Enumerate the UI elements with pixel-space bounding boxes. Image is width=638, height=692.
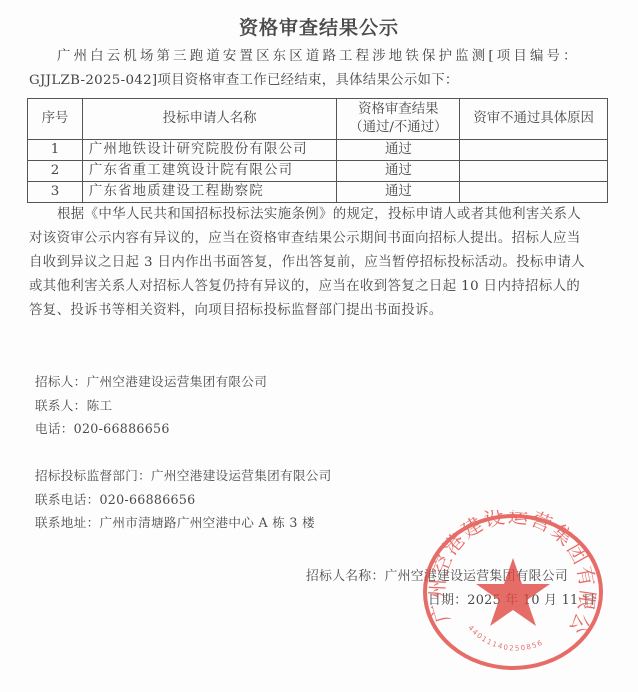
intro-line-2: GJJLZB-2025-042]项目资格审查工作已经结束，具体结果公示如下： [29, 69, 607, 93]
supervision-phone: 联系电话：020-66886656 [35, 488, 332, 512]
row-reason [460, 161, 608, 182]
body-line: 根据《中华人民共和国招标投标法实施条例》的规定，投标申请人或者其他利害关系人 [29, 203, 607, 227]
seal-code: 44011140250856 [466, 624, 544, 653]
intro-line-1: 广州白云机场第三跑道安置区东区道路工程涉地铁保护监测[项目编号： [29, 45, 607, 69]
document-title: 资格审查结果公示 [0, 13, 638, 40]
row-result: 通过 [337, 140, 460, 161]
tenderer-contact-person: 联系人：陈工 [35, 394, 267, 418]
table-header-row: 序号 投标申请人名称 资格审查结果 （通过/不通过） 资审不通过具体原因 [28, 99, 608, 140]
row-result: 通过 [337, 182, 460, 203]
header-result-line-1: 资格审查结果 [337, 101, 459, 119]
table-row: 1 广州地铁设计研究院股份有限公司 通过 [28, 140, 608, 161]
header-no: 序号 [28, 99, 83, 140]
row-applicant: 广东省重工建筑设计院有限公司 [82, 161, 337, 182]
table-row: 3 广东省地质建设工程勘察院 通过 [28, 182, 608, 203]
header-result: 资格审查结果 （通过/不通过） [337, 99, 460, 140]
signature-name: 招标人名称：广州空港建设运营集团有限公司 [306, 565, 596, 589]
results-table: 序号 投标申请人名称 资格审查结果 （通过/不通过） 资审不通过具体原因 1 广… [27, 98, 608, 203]
header-applicant: 投标申请人名称 [82, 99, 337, 140]
tenderer-phone: 电话：020-66886656 [35, 417, 267, 441]
intro-paragraph: 广州白云机场第三跑道安置区东区道路工程涉地铁保护监测[项目编号： GJJLZB-… [29, 45, 607, 93]
objection-paragraph: 根据《中华人民共和国招标投标法实施条例》的规定，投标申请人或者其他利害关系人 对… [29, 203, 607, 323]
document-page: 资格审查结果公示 广州白云机场第三跑道安置区东区道路工程涉地铁保护监测[项目编号… [0, 0, 638, 692]
body-line: 自收到异议之日起 3 日内作出书面答复，作出答复前，应当暂停招标投标活动。投标申… [29, 251, 607, 275]
row-no: 1 [28, 140, 83, 161]
row-reason [460, 182, 608, 203]
signature-date: 日期：2025 年 10 月 11 日 [306, 589, 596, 613]
svg-text:44011140250856: 44011140250856 [466, 624, 544, 653]
row-reason [460, 140, 608, 161]
row-no: 3 [28, 182, 83, 203]
supervision-contact-block: 招标投标监督部门：广州空港建设运营集团有限公司 联系电话：020-6688665… [35, 464, 332, 535]
body-line: 答复、投诉书等相关资料，向项目招标投标监督部门提出书面投诉。 [29, 299, 607, 323]
table-row: 2 广东省重工建筑设计院有限公司 通过 [28, 161, 608, 182]
row-no: 2 [28, 161, 83, 182]
body-line: 或其他利害关系人对招标人答复仍持有异议的，应当在收到答复之日起 10 日内持招标… [29, 275, 607, 299]
row-applicant: 广东省地质建设工程勘察院 [82, 182, 337, 203]
header-result-line-2: （通过/不通过） [337, 119, 459, 137]
row-applicant: 广州地铁设计研究院股份有限公司 [82, 140, 337, 161]
row-result: 通过 [337, 161, 460, 182]
body-line: 对该资审公示内容有异议的，应当在资格审查结果公示期间书面向招标人提出。招标人应当 [29, 227, 607, 251]
supervision-address: 联系地址：广州市清塘路广州空港中心 A 栋 3 楼 [35, 511, 332, 535]
tenderer-name: 招标人：广州空港建设运营集团有限公司 [35, 370, 267, 394]
supervision-dept: 招标投标监督部门：广州空港建设运营集团有限公司 [35, 464, 332, 488]
signature-block: 招标人名称：广州空港建设运营集团有限公司 日期：2025 年 10 月 11 日 [306, 565, 596, 613]
tenderer-contact-block: 招标人：广州空港建设运营集团有限公司 联系人：陈工 电话：020-6688665… [35, 370, 267, 441]
header-reason: 资审不通过具体原因 [460, 99, 608, 140]
